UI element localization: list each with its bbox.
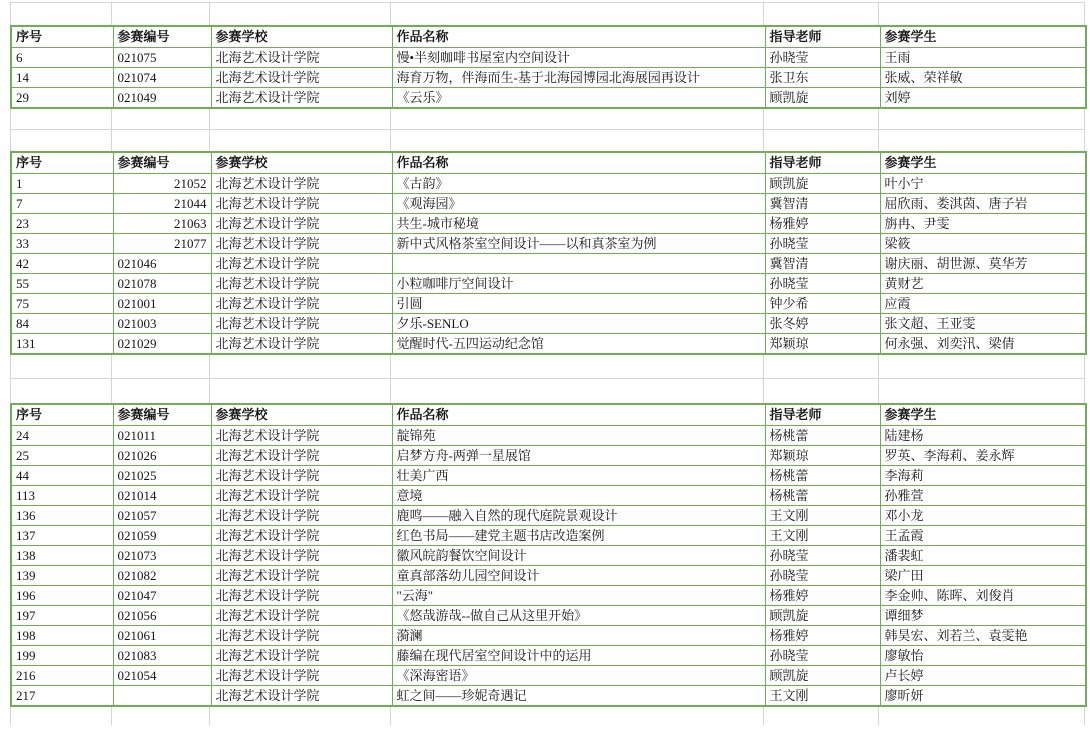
results-table-1: 序号参赛编号参赛学校作品名称指导老师参赛学生6021075北海艺术设计学院慢•半… bbox=[10, 25, 1087, 109]
empty-grid-cell[interactable] bbox=[764, 707, 879, 725]
cell-entry-code[interactable]: 021061 bbox=[113, 626, 211, 646]
cell-serial-number[interactable]: 113 bbox=[11, 486, 113, 506]
cell-students[interactable]: 屈欣雨、娄淇茵、唐子岩 bbox=[880, 194, 1086, 214]
cell-students[interactable]: 叶小宁 bbox=[880, 174, 1086, 194]
empty-grid-cell[interactable] bbox=[391, 379, 764, 403]
cell-entry-code[interactable]: 021078 bbox=[113, 274, 211, 294]
cell-work-title[interactable]: 红色书局——建党主题书店改造案例 bbox=[392, 526, 765, 546]
cell-students[interactable]: 李金帅、陈晖、刘俊肖 bbox=[880, 586, 1086, 606]
grid-gap-row bbox=[10, 2, 1085, 25]
cell-work-title[interactable]: 藤编在现代居室空间设计中的运用 bbox=[392, 646, 765, 666]
cell-work-title[interactable]: 共生-城市秘境 bbox=[392, 214, 765, 234]
cell-school[interactable]: 北海艺术设计学院 bbox=[211, 546, 392, 566]
cell-work-title[interactable]: 启梦方舟-两弹一星展馆 bbox=[392, 446, 765, 466]
cell-students[interactable]: 谢庆丽、胡世源、莫华芳 bbox=[880, 254, 1086, 274]
cell-work-title[interactable]: "云海" bbox=[392, 586, 765, 606]
cell-school[interactable]: 北海艺术设计学院 bbox=[211, 254, 392, 274]
empty-grid-cell[interactable] bbox=[764, 3, 879, 25]
cell-entry-code[interactable]: 021029 bbox=[113, 334, 211, 355]
cell-students[interactable]: 廖敏怡 bbox=[880, 646, 1086, 666]
empty-grid-cell[interactable] bbox=[112, 130, 210, 151]
cell-entry-code[interactable]: 21077 bbox=[113, 234, 211, 254]
empty-grid-cell[interactable] bbox=[764, 130, 879, 151]
cell-work-title[interactable]: 鹿鸣——融入自然的现代庭院景观设计 bbox=[392, 506, 765, 526]
cell-entry-code[interactable]: 021083 bbox=[113, 646, 211, 666]
cell-school[interactable]: 北海艺术设计学院 bbox=[211, 586, 392, 606]
cell-serial-number[interactable]: 198 bbox=[11, 626, 113, 646]
empty-grid-cell[interactable] bbox=[10, 130, 112, 151]
cell-serial-number[interactable]: 131 bbox=[11, 334, 113, 355]
cell-serial-number[interactable]: 84 bbox=[11, 314, 113, 334]
cell-school[interactable]: 北海艺术设计学院 bbox=[211, 194, 392, 214]
cell-serial-number[interactable]: 24 bbox=[11, 426, 113, 446]
table-row: 75021001北海艺术设计学院引圆钟少希应霞 bbox=[11, 294, 1086, 314]
cell-serial-number[interactable]: 23 bbox=[11, 214, 113, 234]
cell-serial-number[interactable]: 33 bbox=[11, 234, 113, 254]
cell-work-title[interactable]: 虹之间——珍妮奇遇记 bbox=[392, 686, 765, 707]
grid-gap-row bbox=[10, 355, 1085, 379]
cell-teacher[interactable]: 杨雅婷 bbox=[765, 586, 880, 606]
cell-students[interactable]: 梁筱 bbox=[880, 234, 1086, 254]
empty-grid-cell[interactable] bbox=[112, 3, 210, 25]
table-row: 217北海艺术设计学院虹之间——珍妮奇遇记王文刚廖昕妍 bbox=[11, 686, 1086, 707]
cell-work-title[interactable]: 引圆 bbox=[392, 294, 765, 314]
cell-school[interactable]: 北海艺术设计学院 bbox=[211, 274, 392, 294]
cell-teacher[interactable]: 王文刚 bbox=[765, 526, 880, 546]
empty-grid-cell[interactable] bbox=[879, 707, 1085, 725]
empty-grid-cell[interactable] bbox=[112, 707, 210, 725]
cell-teacher[interactable]: 王文刚 bbox=[765, 506, 880, 526]
cell-teacher[interactable]: 孙晓莹 bbox=[765, 646, 880, 666]
cell-serial-number[interactable]: 1 bbox=[11, 174, 113, 194]
cell-teacher[interactable]: 杨雅婷 bbox=[765, 214, 880, 234]
cell-serial-number[interactable]: 196 bbox=[11, 586, 113, 606]
cell-school[interactable]: 北海艺术设计学院 bbox=[211, 506, 392, 526]
cell-teacher[interactable]: 杨桃蕾 bbox=[765, 426, 880, 446]
cell-teacher[interactable]: 张卫东 bbox=[765, 68, 880, 88]
cell-school[interactable]: 北海艺术设计学院 bbox=[211, 626, 392, 646]
cell-teacher[interactable]: 杨桃蕾 bbox=[765, 466, 880, 486]
table-row: 721044北海艺术设计学院《观海园》冀智清屈欣雨、娄淇茵、唐子岩 bbox=[11, 194, 1086, 214]
cell-students[interactable]: 潘裴虹 bbox=[880, 546, 1086, 566]
cell-school[interactable]: 北海艺术设计学院 bbox=[211, 214, 392, 234]
spreadsheet: 序号参赛编号参赛学校作品名称指导老师参赛学生6021075北海艺术设计学院慢•半… bbox=[0, 0, 1085, 725]
cell-teacher[interactable]: 郑颖琼 bbox=[765, 446, 880, 466]
column-header-students[interactable]: 参赛学生 bbox=[880, 26, 1086, 48]
cell-entry-code[interactable]: 21052 bbox=[113, 174, 211, 194]
cell-school[interactable]: 北海艺术设计学院 bbox=[211, 646, 392, 666]
cell-serial-number[interactable]: 138 bbox=[11, 546, 113, 566]
grid-gap-row bbox=[10, 379, 1085, 403]
column-header-teacher[interactable]: 指导老师 bbox=[765, 26, 880, 48]
empty-grid-cell[interactable] bbox=[10, 3, 112, 25]
header-row: 序号参赛编号参赛学校作品名称指导老师参赛学生 bbox=[11, 404, 1086, 426]
table-row: 44021025北海艺术设计学院壮美广西杨桃蕾李海莉 bbox=[11, 466, 1086, 486]
table-row: 216021054北海艺术设计学院《深海密语》顾凯旋卢长婷 bbox=[11, 666, 1086, 686]
empty-grid-cell[interactable] bbox=[10, 109, 112, 129]
cell-students[interactable]: 王雨 bbox=[880, 48, 1086, 68]
cell-school[interactable]: 北海艺术设计学院 bbox=[211, 294, 392, 314]
cell-entry-code[interactable]: 021074 bbox=[113, 68, 211, 88]
table-row: 138021073北海艺术设计学院徽风皖韵餐饮空间设计孙晓莹潘裴虹 bbox=[11, 546, 1086, 566]
empty-grid-cell[interactable] bbox=[391, 109, 764, 129]
cell-teacher[interactable]: 张冬婷 bbox=[765, 314, 880, 334]
cell-school[interactable]: 北海艺术设计学院 bbox=[211, 88, 392, 109]
cell-work-title[interactable]: 海育万物，伴海而生-基于北海园博园北海展园再设计 bbox=[392, 68, 765, 88]
cell-students[interactable]: 谭细梦 bbox=[880, 606, 1086, 626]
empty-grid-cell[interactable] bbox=[879, 379, 1085, 403]
cell-teacher[interactable]: 孙晓莹 bbox=[765, 234, 880, 254]
cell-teacher[interactable]: 孙晓莹 bbox=[765, 566, 880, 586]
cell-teacher[interactable]: 钟少希 bbox=[765, 294, 880, 314]
cell-school[interactable]: 北海艺术设计学院 bbox=[211, 686, 392, 707]
column-header-teacher[interactable]: 指导老师 bbox=[765, 404, 880, 426]
cell-entry-code[interactable] bbox=[113, 686, 211, 707]
cell-serial-number[interactable]: 136 bbox=[11, 506, 113, 526]
table-row: 24021011北海艺术设计学院靛锦苑杨桃蕾陆建杨 bbox=[11, 426, 1086, 446]
empty-grid-cell[interactable] bbox=[764, 109, 879, 129]
empty-grid-cell[interactable] bbox=[391, 355, 764, 378]
table-row: 14021074北海艺术设计学院海育万物，伴海而生-基于北海园博园北海展园再设计… bbox=[11, 68, 1086, 88]
cell-students[interactable]: 应霞 bbox=[880, 294, 1086, 314]
cell-students[interactable]: 韩昊宏、刘若兰、袁雯艳 bbox=[880, 626, 1086, 646]
cell-school[interactable]: 北海艺术设计学院 bbox=[211, 48, 392, 68]
cell-entry-code[interactable]: 021073 bbox=[113, 546, 211, 566]
cell-entry-code[interactable]: 021047 bbox=[113, 586, 211, 606]
table-row: 25021026北海艺术设计学院启梦方舟-两弹一星展馆郑颖琼罗英、李海莉、姜永辉 bbox=[11, 446, 1086, 466]
cell-teacher[interactable]: 冀智清 bbox=[765, 194, 880, 214]
cell-work-title[interactable]: 慢•半刻咖啡书屋室内空间设计 bbox=[392, 48, 765, 68]
cell-serial-number[interactable]: 199 bbox=[11, 646, 113, 666]
cell-work-title[interactable]: 童真部落幼儿园空间设计 bbox=[392, 566, 765, 586]
cell-school[interactable]: 北海艺术设计学院 bbox=[211, 526, 392, 546]
table-row: 197021056北海艺术设计学院《悠哉游哉--做自己从这里开始》顾凯旋谭细梦 bbox=[11, 606, 1086, 626]
table-row: 2321063北海艺术设计学院共生-城市秘境杨雅婷旃冉、尹雯 bbox=[11, 214, 1086, 234]
cell-students[interactable]: 张文超、王亚雯 bbox=[880, 314, 1086, 334]
cell-entry-code[interactable]: 021075 bbox=[113, 48, 211, 68]
cell-work-title[interactable]: 夕乐-SENLO bbox=[392, 314, 765, 334]
cell-work-title[interactable]: 《悠哉游哉--做自己从这里开始》 bbox=[392, 606, 765, 626]
empty-grid-cell[interactable] bbox=[879, 355, 1085, 378]
empty-grid-cell[interactable] bbox=[210, 130, 391, 151]
cell-school[interactable]: 北海艺术设计学院 bbox=[211, 426, 392, 446]
cell-serial-number[interactable]: 25 bbox=[11, 446, 113, 466]
column-header-work-title[interactable]: 作品名称 bbox=[392, 404, 765, 426]
grid-gap-row bbox=[10, 707, 1085, 725]
column-header-serial-number[interactable]: 序号 bbox=[11, 152, 113, 174]
empty-grid-cell[interactable] bbox=[10, 707, 112, 725]
column-header-school[interactable]: 参赛学校 bbox=[211, 404, 392, 426]
column-header-teacher[interactable]: 指导老师 bbox=[765, 152, 880, 174]
cell-entry-code[interactable]: 021003 bbox=[113, 314, 211, 334]
empty-grid-cell[interactable] bbox=[764, 379, 879, 403]
table-row: 121052北海艺术设计学院《古韵》顾凯旋叶小宁 bbox=[11, 174, 1086, 194]
cell-students[interactable]: 卢长婷 bbox=[880, 666, 1086, 686]
cell-serial-number[interactable]: 7 bbox=[11, 194, 113, 214]
column-header-school[interactable]: 参赛学校 bbox=[211, 152, 392, 174]
column-header-entry-code[interactable]: 参赛编号 bbox=[113, 26, 211, 48]
cell-work-title[interactable]: 漪澜 bbox=[392, 626, 765, 646]
cell-entry-code[interactable]: 021057 bbox=[113, 506, 211, 526]
cell-students[interactable]: 陆建杨 bbox=[880, 426, 1086, 446]
cell-teacher[interactable]: 王文刚 bbox=[765, 686, 880, 707]
cell-serial-number[interactable]: 29 bbox=[11, 88, 113, 109]
cell-teacher[interactable]: 孙晓莹 bbox=[765, 48, 880, 68]
empty-grid-cell[interactable] bbox=[879, 3, 1085, 25]
cell-serial-number[interactable]: 14 bbox=[11, 68, 113, 88]
cell-students[interactable]: 王孟霞 bbox=[880, 526, 1086, 546]
cell-teacher[interactable]: 郑颖琼 bbox=[765, 334, 880, 355]
grid-gap-row bbox=[10, 109, 1085, 130]
table-row: 6021075北海艺术设计学院慢•半刻咖啡书屋室内空间设计孙晓莹王雨 bbox=[11, 48, 1086, 68]
column-header-serial-number[interactable]: 序号 bbox=[11, 26, 113, 48]
cell-work-title[interactable]: 壮美广西 bbox=[392, 466, 765, 486]
table-row: 196021047北海艺术设计学院"云海"杨雅婷李金帅、陈晖、刘俊肖 bbox=[11, 586, 1086, 606]
empty-grid-cell[interactable] bbox=[879, 130, 1085, 151]
empty-grid-cell[interactable] bbox=[10, 379, 112, 403]
table-row: 139021082北海艺术设计学院童真部落幼儿园空间设计孙晓莹梁广田 bbox=[11, 566, 1086, 586]
cell-serial-number[interactable]: 6 bbox=[11, 48, 113, 68]
header-row: 序号参赛编号参赛学校作品名称指导老师参赛学生 bbox=[11, 152, 1086, 174]
cell-entry-code[interactable]: 021001 bbox=[113, 294, 211, 314]
column-header-entry-code[interactable]: 参赛编号 bbox=[113, 152, 211, 174]
cell-serial-number[interactable]: 42 bbox=[11, 254, 113, 274]
cell-students[interactable]: 邓小龙 bbox=[880, 506, 1086, 526]
cell-teacher[interactable]: 顾凯旋 bbox=[765, 666, 880, 686]
cell-school[interactable]: 北海艺术设计学院 bbox=[211, 234, 392, 254]
empty-grid-cell[interactable] bbox=[210, 355, 391, 378]
column-header-serial-number[interactable]: 序号 bbox=[11, 404, 113, 426]
cell-entry-code[interactable]: 021014 bbox=[113, 486, 211, 506]
cell-students[interactable]: 何永强、刘奕汛、梁倩 bbox=[880, 334, 1086, 355]
cell-entry-code[interactable]: 021056 bbox=[113, 606, 211, 626]
cell-work-title[interactable]: 徽风皖韵餐饮空间设计 bbox=[392, 546, 765, 566]
column-header-work-title[interactable]: 作品名称 bbox=[392, 26, 765, 48]
cell-entry-code[interactable]: 021026 bbox=[113, 446, 211, 466]
cell-entry-code[interactable]: 021059 bbox=[113, 526, 211, 546]
table-row: 199021083北海艺术设计学院藤编在现代居室空间设计中的运用孙晓莹廖敏怡 bbox=[11, 646, 1086, 666]
cell-school[interactable]: 北海艺术设计学院 bbox=[211, 566, 392, 586]
cell-school[interactable]: 北海艺术设计学院 bbox=[211, 466, 392, 486]
cell-school[interactable]: 北海艺术设计学院 bbox=[211, 174, 392, 194]
cell-school[interactable]: 北海艺术设计学院 bbox=[211, 446, 392, 466]
cell-entry-code[interactable]: 021025 bbox=[113, 466, 211, 486]
cell-school[interactable]: 北海艺术设计学院 bbox=[211, 486, 392, 506]
cell-teacher[interactable]: 孙晓莹 bbox=[765, 274, 880, 294]
cell-work-title[interactable]: 觉醒时代-五四运动纪念馆 bbox=[392, 334, 765, 355]
cell-entry-code[interactable]: 021046 bbox=[113, 254, 211, 274]
cell-work-title[interactable]: 意境 bbox=[392, 486, 765, 506]
results-table-2: 序号参赛编号参赛学校作品名称指导老师参赛学生121052北海艺术设计学院《古韵》… bbox=[10, 151, 1087, 355]
column-header-work-title[interactable]: 作品名称 bbox=[392, 152, 765, 174]
cell-entry-code[interactable]: 21063 bbox=[113, 214, 211, 234]
cell-students[interactable]: 黄财艺 bbox=[880, 274, 1086, 294]
table-row: 84021003北海艺术设计学院夕乐-SENLO张冬婷张文超、王亚雯 bbox=[11, 314, 1086, 334]
table-row: 3321077北海艺术设计学院新中式风格茶室空间设计——以和真茶室为例孙晓莹梁筱 bbox=[11, 234, 1086, 254]
cell-students[interactable]: 廖昕妍 bbox=[880, 686, 1086, 707]
empty-grid-cell[interactable] bbox=[112, 355, 210, 378]
table-row: 198021061北海艺术设计学院漪澜杨雅婷韩昊宏、刘若兰、袁雯艳 bbox=[11, 626, 1086, 646]
table-row: 113021014北海艺术设计学院意境杨桃蕾孙雅萱 bbox=[11, 486, 1086, 506]
table-row: 29021049北海艺术设计学院《云乐》顾凯旋刘婷 bbox=[11, 88, 1086, 109]
header-row: 序号参赛编号参赛学校作品名称指导老师参赛学生 bbox=[11, 26, 1086, 48]
cell-work-title[interactable]: 《古韵》 bbox=[392, 174, 765, 194]
cell-entry-code[interactable]: 021049 bbox=[113, 88, 211, 109]
cell-students[interactable]: 李海莉 bbox=[880, 466, 1086, 486]
cell-teacher[interactable]: 冀智清 bbox=[765, 254, 880, 274]
cell-work-title[interactable] bbox=[392, 254, 765, 274]
cell-teacher[interactable]: 顾凯旋 bbox=[765, 174, 880, 194]
empty-grid-cell[interactable] bbox=[210, 3, 391, 25]
cell-teacher[interactable]: 顾凯旋 bbox=[765, 88, 880, 109]
cell-work-title[interactable]: 《深海密语》 bbox=[392, 666, 765, 686]
results-table-3: 序号参赛编号参赛学校作品名称指导老师参赛学生24021011北海艺术设计学院靛锦… bbox=[10, 403, 1087, 707]
cell-work-title[interactable]: 靛锦苑 bbox=[392, 426, 765, 446]
empty-grid-cell[interactable] bbox=[112, 109, 210, 129]
cell-work-title[interactable]: 《观海园》 bbox=[392, 194, 765, 214]
table-row: 136021057北海艺术设计学院鹿鸣——融入自然的现代庭院景观设计王文刚邓小龙 bbox=[11, 506, 1086, 526]
grid-gap-row bbox=[10, 130, 1085, 151]
cell-entry-code[interactable]: 021082 bbox=[113, 566, 211, 586]
column-header-students[interactable]: 参赛学生 bbox=[880, 404, 1086, 426]
column-header-school[interactable]: 参赛学校 bbox=[211, 26, 392, 48]
cell-serial-number[interactable]: 55 bbox=[11, 274, 113, 294]
cell-work-title[interactable]: 小粒咖啡厅空间设计 bbox=[392, 274, 765, 294]
cell-serial-number[interactable]: 197 bbox=[11, 606, 113, 626]
cell-serial-number[interactable]: 75 bbox=[11, 294, 113, 314]
empty-grid-cell[interactable] bbox=[391, 707, 764, 725]
cell-school[interactable]: 北海艺术设计学院 bbox=[211, 314, 392, 334]
table-row: 137021059北海艺术设计学院红色书局——建党主题书店改造案例王文刚王孟霞 bbox=[11, 526, 1086, 546]
cell-entry-code[interactable]: 021054 bbox=[113, 666, 211, 686]
empty-grid-cell[interactable] bbox=[10, 355, 112, 378]
cell-school[interactable]: 北海艺术设计学院 bbox=[211, 68, 392, 88]
cell-students[interactable]: 梁广田 bbox=[880, 566, 1086, 586]
empty-grid-cell[interactable] bbox=[112, 379, 210, 403]
empty-grid-cell[interactable] bbox=[210, 707, 391, 725]
column-header-entry-code[interactable]: 参赛编号 bbox=[113, 404, 211, 426]
cell-serial-number[interactable]: 44 bbox=[11, 466, 113, 486]
table-row: 131021029北海艺术设计学院觉醒时代-五四运动纪念馆郑颖琼何永强、刘奕汛、… bbox=[11, 334, 1086, 355]
empty-grid-cell[interactable] bbox=[764, 355, 879, 378]
cell-school[interactable]: 北海艺术设计学院 bbox=[211, 666, 392, 686]
cell-work-title[interactable]: 新中式风格茶室空间设计——以和真茶室为例 bbox=[392, 234, 765, 254]
cell-entry-code[interactable]: 021011 bbox=[113, 426, 211, 446]
cell-teacher[interactable]: 孙晓莹 bbox=[765, 546, 880, 566]
cell-serial-number[interactable]: 139 bbox=[11, 566, 113, 586]
cell-teacher[interactable]: 杨雅婷 bbox=[765, 626, 880, 646]
cell-students[interactable]: 张威、荣祥敏 bbox=[880, 68, 1086, 88]
empty-grid-cell[interactable] bbox=[391, 3, 764, 25]
cell-serial-number[interactable]: 216 bbox=[11, 666, 113, 686]
cell-serial-number[interactable]: 137 bbox=[11, 526, 113, 546]
cell-school[interactable]: 北海艺术设计学院 bbox=[211, 334, 392, 355]
empty-grid-cell[interactable] bbox=[210, 109, 391, 129]
cell-students[interactable]: 刘婷 bbox=[880, 88, 1086, 109]
cell-teacher[interactable]: 顾凯旋 bbox=[765, 606, 880, 626]
cell-students[interactable]: 旃冉、尹雯 bbox=[880, 214, 1086, 234]
empty-grid-cell[interactable] bbox=[210, 379, 391, 403]
empty-grid-cell[interactable] bbox=[391, 130, 764, 151]
cell-students[interactable]: 罗英、李海莉、姜永辉 bbox=[880, 446, 1086, 466]
table-row: 42021046北海艺术设计学院冀智清谢庆丽、胡世源、莫华芳 bbox=[11, 254, 1086, 274]
cell-teacher[interactable]: 杨桃蕾 bbox=[765, 486, 880, 506]
column-header-students[interactable]: 参赛学生 bbox=[880, 152, 1086, 174]
table-row: 55021078北海艺术设计学院小粒咖啡厅空间设计孙晓莹黄财艺 bbox=[11, 274, 1086, 294]
empty-grid-cell[interactable] bbox=[879, 109, 1085, 129]
cell-school[interactable]: 北海艺术设计学院 bbox=[211, 606, 392, 626]
cell-students[interactable]: 孙雅萱 bbox=[880, 486, 1086, 506]
cell-work-title[interactable]: 《云乐》 bbox=[392, 88, 765, 109]
cell-entry-code[interactable]: 21044 bbox=[113, 194, 211, 214]
cell-serial-number[interactable]: 217 bbox=[11, 686, 113, 707]
